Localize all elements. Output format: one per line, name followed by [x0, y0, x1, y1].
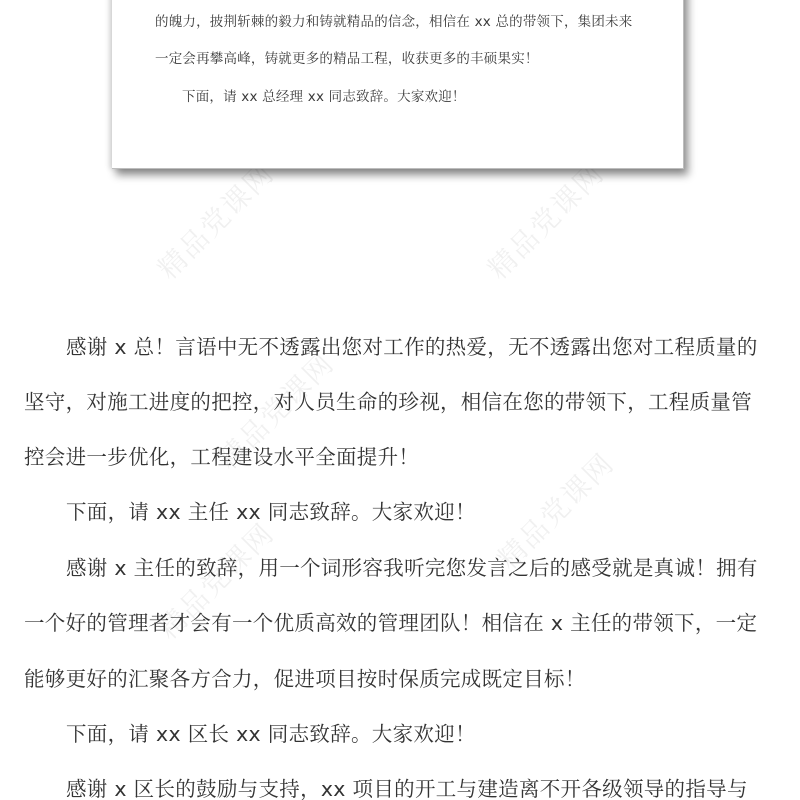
watermark: 精品党课网	[478, 153, 612, 287]
document-preview-card: 的魄力，披荆斩棘的毅力和铸就精品的信念，相信在 xx 总的带领下，集团未来 一定…	[112, 0, 684, 169]
paragraph-line: 坚守，对施工进度的把控，对人员生命的珍视，相信在您的带领下，工程质量管	[24, 389, 752, 415]
paragraph-line: 控会进一步优化，工程建设水平全面提升！	[24, 444, 419, 470]
paragraph-line: 下面，请 xx 区长 xx 同志致辞。大家欢迎！	[66, 721, 476, 747]
paragraph-line: 感谢 x 总！言语中无不透露出您对工作的热爱，无不透露出您对工程质量的	[66, 334, 758, 360]
preview-text-line: 的魄力，披荆斩棘的毅力和铸就精品的信念，相信在 xx 总的带领下，集团未来	[155, 14, 632, 30]
paragraph-line: 感谢 x 区长的鼓励与支持，xx 项目的开工与建造离不开各级领导的指导与	[66, 776, 748, 800]
paragraph-line: 一个好的管理者才会有一个优质高效的管理团队！相信在 x 主任的带领下，一定	[24, 610, 757, 636]
watermark: 精品党课网	[148, 153, 282, 287]
preview-text-line: 一定会再攀高峰，铸就更多的精品工程，收获更多的丰硕果实！	[155, 51, 539, 67]
paragraph-line: 感谢 x 主任的致辞，用一个词形容我听完您发言之后的感受就是真诚！拥有	[66, 555, 758, 581]
paragraph-line: 能够更好的汇聚各方合力，促进项目按时保质完成既定目标！	[24, 666, 586, 692]
preview-text-line: 下面，请 xx 总经理 xx 同志致辞。大家欢迎！	[182, 89, 466, 105]
paragraph-line: 下面，请 xx 主任 xx 同志致辞。大家欢迎！	[66, 499, 476, 525]
